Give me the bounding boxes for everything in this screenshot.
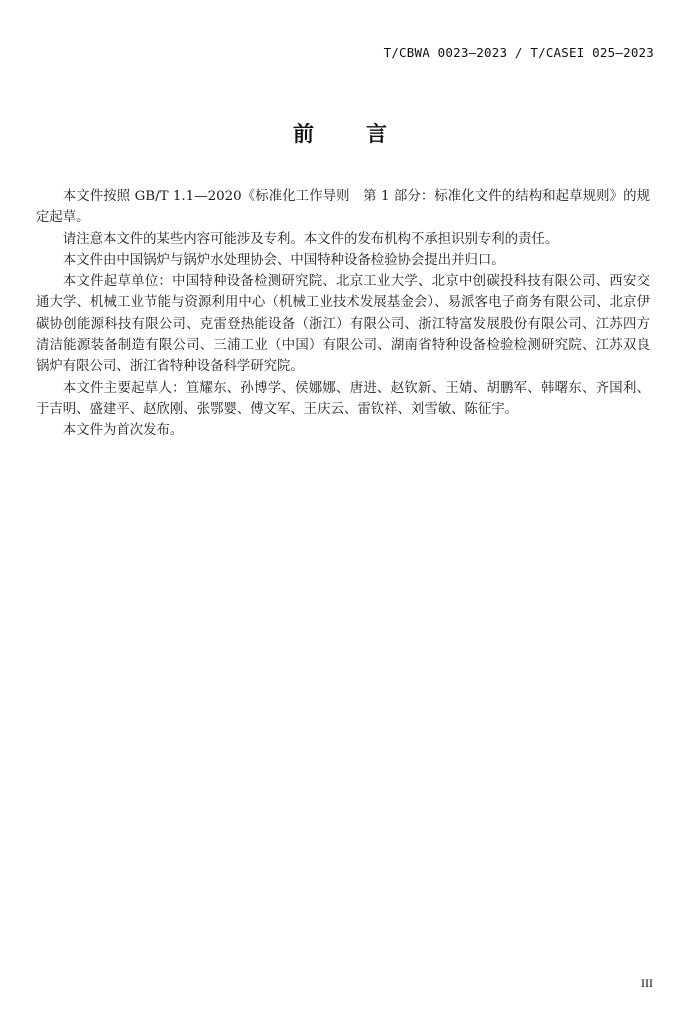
foreword-body: 本文件按照 GB/T 1.1—2020《标准化工作导则 第 1 部分：标准化文件… xyxy=(36,186,650,442)
paragraph-patent-notice: 请注意本文件的某些内容可能涉及专利。本文件的发布机构不承担识别专利的责任。 xyxy=(36,229,650,250)
paragraph-first-release: 本文件为首次发布。 xyxy=(36,420,650,441)
page-number: III xyxy=(641,976,653,991)
paragraph-drafting-units: 本文件起草单位：中国特种设备检测研究院、北京工业大学、北京中创碳投科技有限公司、… xyxy=(36,271,650,377)
title-char-2: 言 xyxy=(366,118,387,148)
standard-code-header: T/CBWA 0023—2023 / T/CASEI 025—2023 xyxy=(384,45,654,60)
page-title: 前言 xyxy=(0,118,680,148)
title-char-1: 前 xyxy=(293,118,314,148)
paragraph-proposer: 本文件由中国锅炉与锅炉水处理协会、中国特种设备检验协会提出并归口。 xyxy=(36,250,650,271)
paragraph-drafters: 本文件主要起草人：笪耀东、孙博学、侯娜娜、唐进、赵钦新、王婧、胡鹏军、韩曙东、齐… xyxy=(36,378,650,421)
paragraph-drafting-rules: 本文件按照 GB/T 1.1—2020《标准化工作导则 第 1 部分：标准化文件… xyxy=(36,186,650,229)
